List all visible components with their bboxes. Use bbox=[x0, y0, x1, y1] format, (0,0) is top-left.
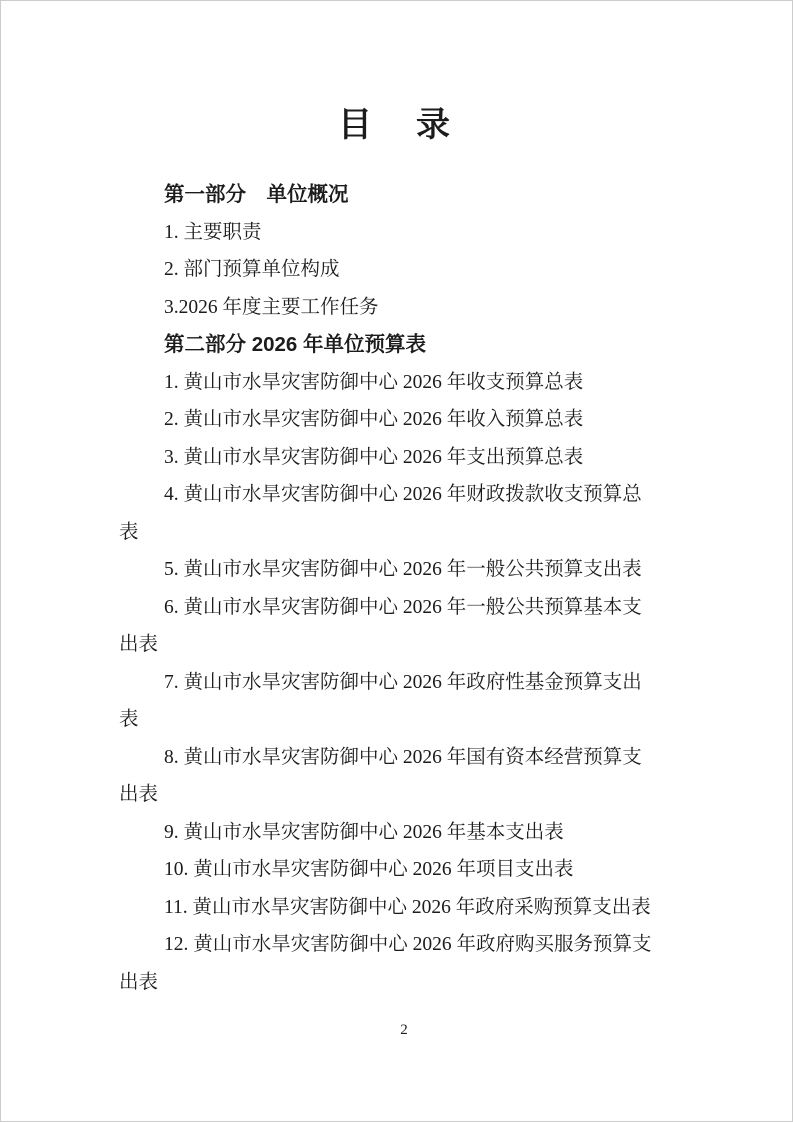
toc-item-line: 8. 黄山市水旱灾害防御中心 2026 年国有资本经营预算支 bbox=[119, 739, 689, 777]
page-title: 目 录 bbox=[1, 1, 792, 148]
toc-item-line: 4. 黄山市水旱灾害防御中心 2026 年财政拨款收支预算总 bbox=[119, 476, 689, 514]
toc-item-line: 出表 bbox=[119, 964, 689, 1002]
toc-item-line: 3.2026 年度主要工作任务 bbox=[119, 289, 689, 327]
toc-item-line: 2. 部门预算单位构成 bbox=[119, 251, 689, 289]
toc-item-line: 1. 黄山市水旱灾害防御中心 2026 年收支预算总表 bbox=[119, 364, 689, 402]
document-page: 目 录 第一部分 单位概况1. 主要职责2. 部门预算单位构成3.2026 年度… bbox=[0, 0, 793, 1122]
table-of-contents: 第一部分 单位概况1. 主要职责2. 部门预算单位构成3.2026 年度主要工作… bbox=[119, 176, 689, 1001]
page-number: 2 bbox=[119, 1019, 689, 1041]
toc-item-line: 1. 主要职责 bbox=[119, 214, 689, 252]
section-heading: 第一部分 单位概况 bbox=[119, 176, 689, 214]
toc-item-line: 11. 黄山市水旱灾害防御中心 2026 年政府采购预算支出表 bbox=[119, 889, 689, 927]
toc-item-line: 5. 黄山市水旱灾害防御中心 2026 年一般公共预算支出表 bbox=[119, 551, 689, 589]
toc-item-line: 6. 黄山市水旱灾害防御中心 2026 年一般公共预算基本支 bbox=[119, 589, 689, 627]
toc-item-line: 9. 黄山市水旱灾害防御中心 2026 年基本支出表 bbox=[119, 814, 689, 852]
section-heading: 第二部分 2026 年单位预算表 bbox=[119, 326, 689, 364]
toc-item-line: 7. 黄山市水旱灾害防御中心 2026 年政府性基金预算支出 bbox=[119, 664, 689, 702]
toc-item-line: 3. 黄山市水旱灾害防御中心 2026 年支出预算总表 bbox=[119, 439, 689, 477]
toc-item-line: 2. 黄山市水旱灾害防御中心 2026 年收入预算总表 bbox=[119, 401, 689, 439]
toc-item-line: 表 bbox=[119, 514, 689, 552]
toc-item-line: 出表 bbox=[119, 626, 689, 664]
toc-item-line: 出表 bbox=[119, 776, 689, 814]
toc-item-line: 10. 黄山市水旱灾害防御中心 2026 年项目支出表 bbox=[119, 851, 689, 889]
toc-item-line: 表 bbox=[119, 701, 689, 739]
toc-item-line: 12. 黄山市水旱灾害防御中心 2026 年政府购买服务预算支 bbox=[119, 926, 689, 964]
